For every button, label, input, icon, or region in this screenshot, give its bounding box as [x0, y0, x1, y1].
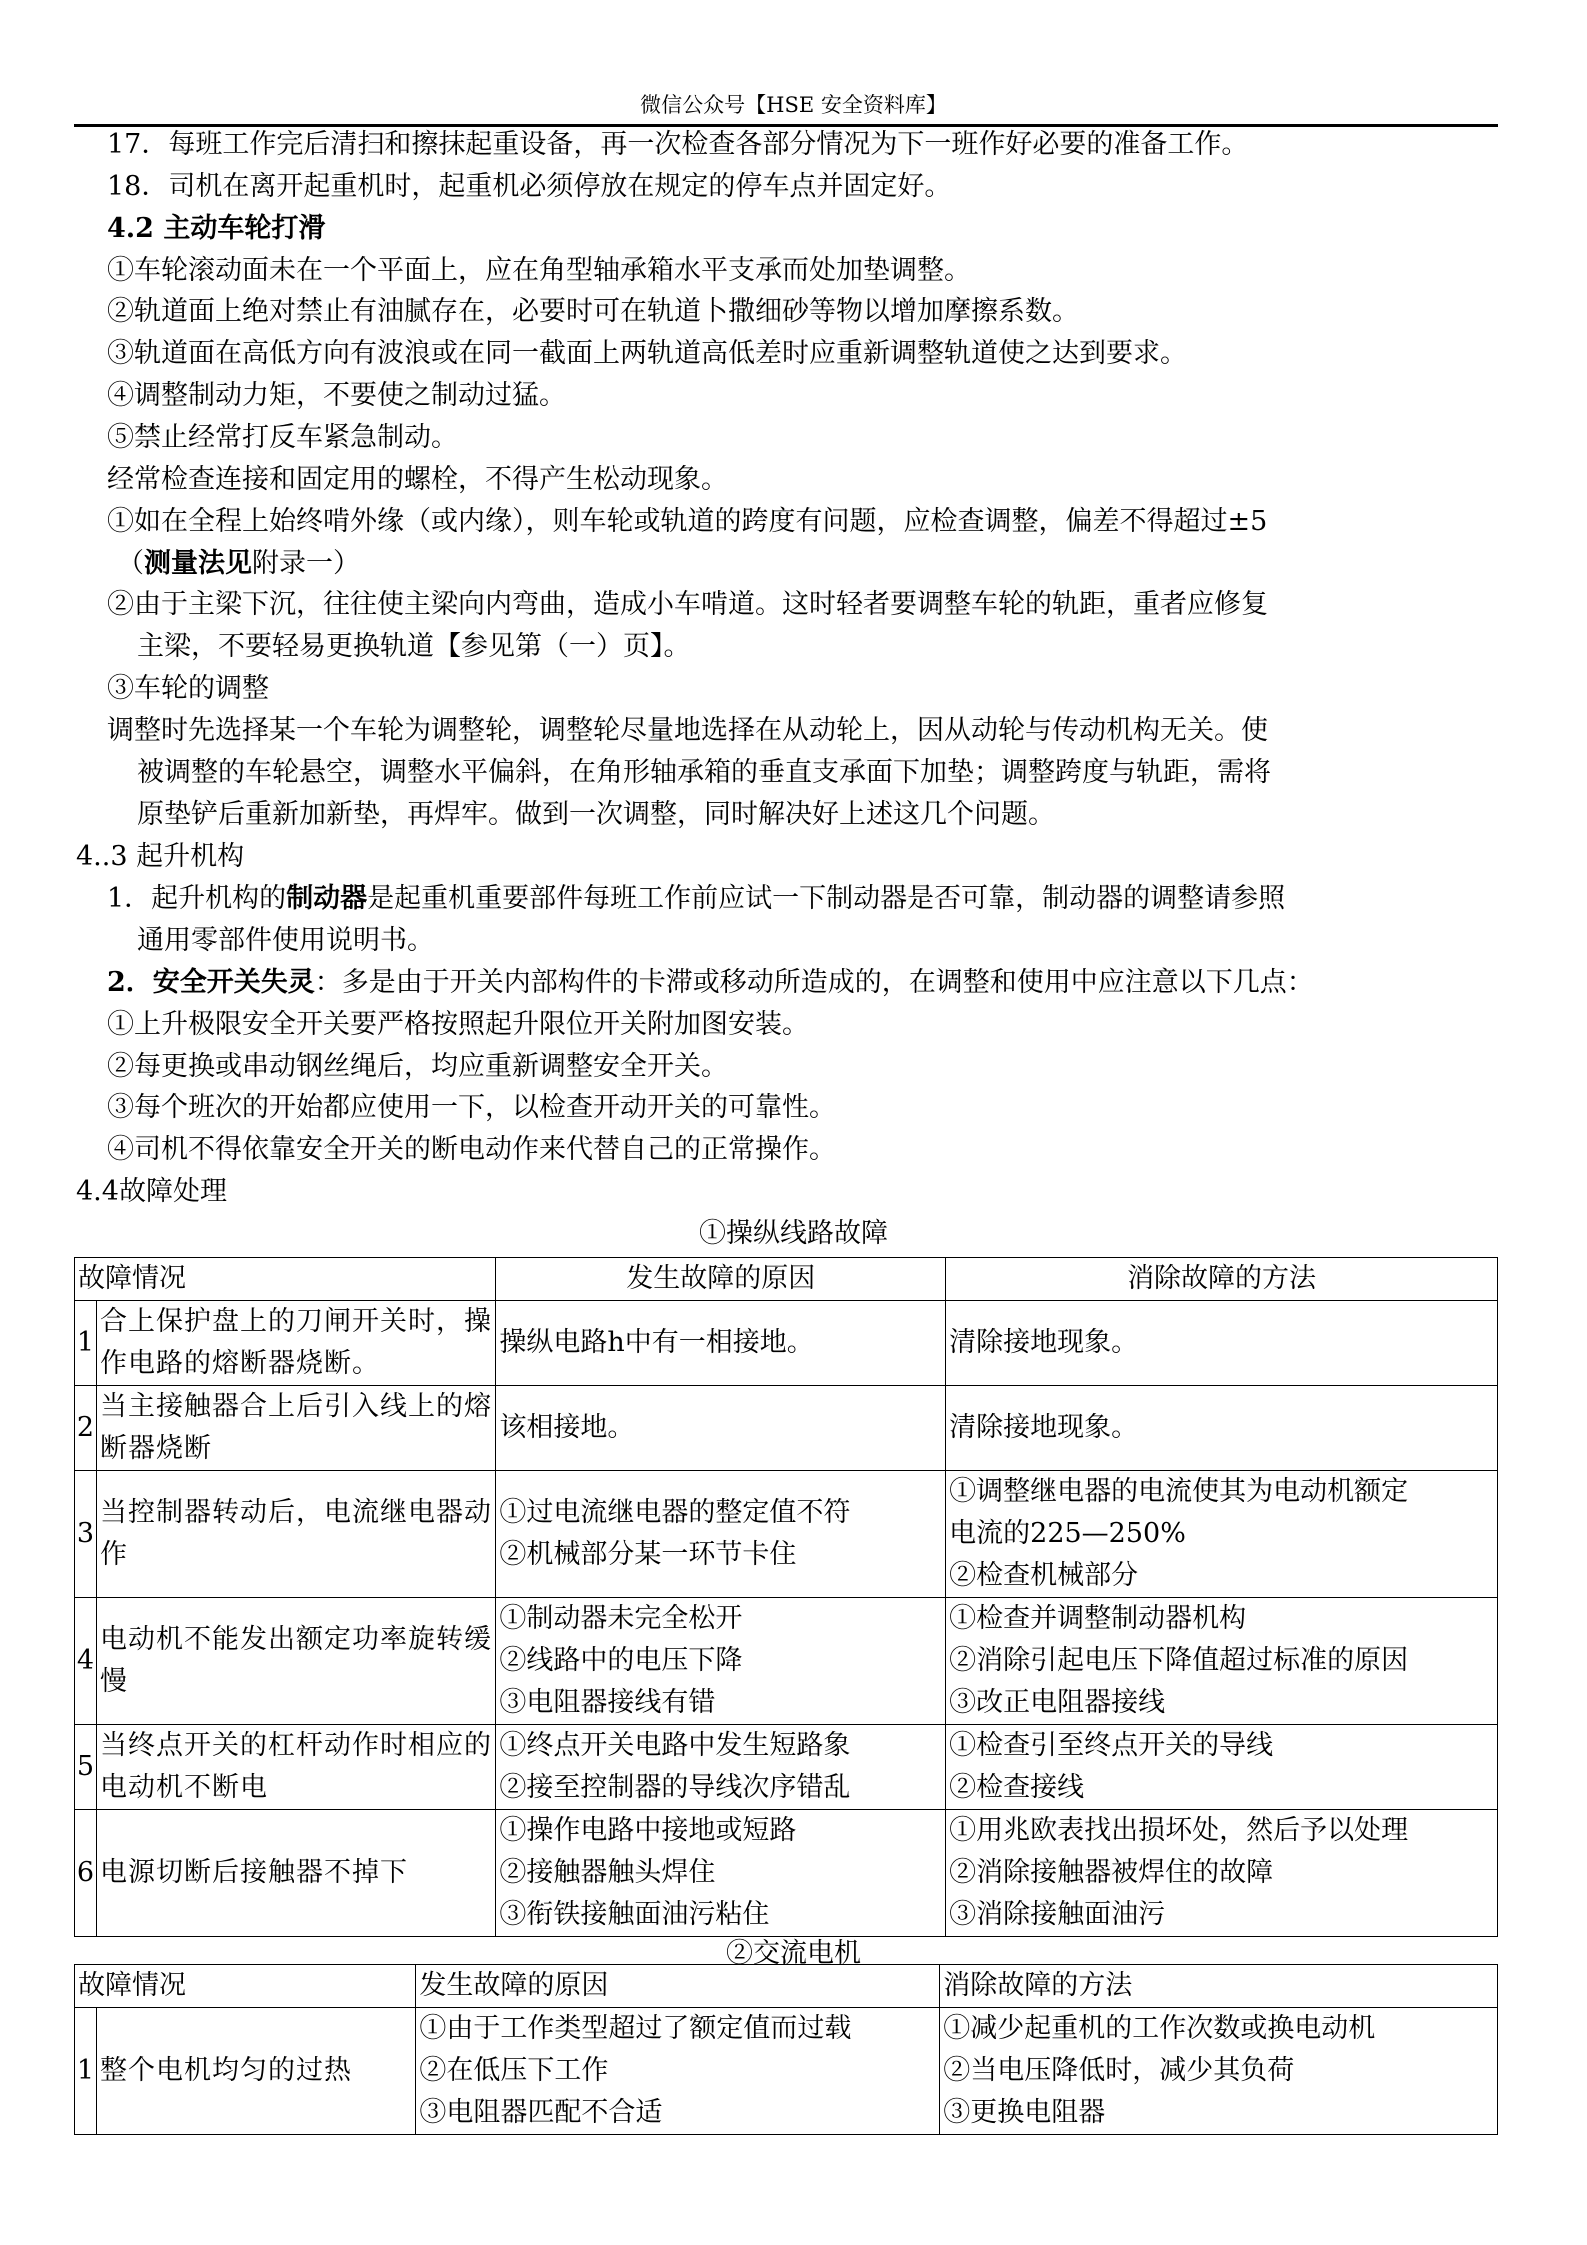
- bold-measure-method: 测量法见: [144, 548, 252, 579]
- fault-cause: ①操作电路中接地或短路 ②接触器触头焊住 ③衔铁接触面油污粘住: [496, 1810, 946, 1937]
- fault-situation: 电源切断后接触器不掉下: [96, 1810, 495, 1937]
- table-row: 4 电动机不能发出额定功率旋转缓慢 ①制动器未完全松开 ②线路中的电压下降 ③电…: [75, 1598, 1498, 1725]
- hoist-point-3: ③每个班次的开始都应使用一下，以检查开动开关的可靠性。: [107, 1091, 836, 1125]
- wheel-adjust-line-3: 原垫铲后重新加新垫，再焊牢。做到一次调整，同时解决好上述这几个问题。: [137, 798, 1055, 832]
- fault-method: ①检查引至终点开关的导线 ②检查接线: [946, 1725, 1498, 1810]
- hoist-item-1-line-2: 通用零部件使用说明书。: [137, 924, 434, 958]
- table-header-row: 故障情况 发生故障的原因 消除故障的方法: [75, 1965, 1498, 2008]
- header-cause: 发生故障的原因: [416, 1965, 940, 2008]
- gnaw-point-2-line-1: ②由于主梁下沉，往往使主梁向内弯曲，造成小车啃道。这时轻者要调整车轮的轨距，重者…: [107, 588, 1268, 622]
- wheel-adjust-line-2: 被调整的车轮悬空，调整水平偏斜，在角形轴承箱的垂直支承面下加垫；调整跨度与轨距，…: [137, 756, 1271, 790]
- fault-cause: ①由于工作类型超过了额定值而过载 ②在低压下工作 ③电阻器匹配不合适: [416, 2008, 940, 2135]
- table-row: 5 当终点开关的杠杆动作时相应的电动机不断电 ①终点开关电路中发生短路象 ②接至…: [75, 1725, 1498, 1810]
- item-17: 17．每班工作完后清扫和擦抹起重设备，再一次检查各部分情况为下一班作好必要的准备…: [107, 128, 1248, 162]
- gnaw-point-2-line-2: 主梁，不要轻易更换轨道【参见第（一）页】。: [137, 630, 691, 664]
- header-situation: 故障情况: [75, 1258, 496, 1301]
- point-4-2-5: ⑤禁止经常打反车紧急制动。: [107, 421, 458, 455]
- table-row: 1 合上保护盘上的刀闸开关时，操作电路的熔断器烧断。 操纵电路h中有一相接地。 …: [75, 1301, 1498, 1386]
- fault-situation: 合上保护盘上的刀闸开关时，操作电路的熔断器烧断。: [96, 1301, 495, 1386]
- fault-cause: ①终点开关电路中发生短路象 ②接至控制器的导线次序错乱: [496, 1725, 946, 1810]
- fault-method: 清除接地现象。: [946, 1301, 1498, 1386]
- fault-cause: ①制动器未完全松开 ②线路中的电压下降 ③电阻器接线有错: [496, 1598, 946, 1725]
- header-situation: 故障情况: [75, 1965, 416, 2008]
- header-cause: 发生故障的原因: [496, 1258, 946, 1301]
- point-4-2-1: ①车轮滚动面未在一个平面上，应在角型轴承箱水平支承而处加垫调整。: [107, 254, 971, 288]
- fault-method: ①调整继电器的电流使其为电动机额定 电流的225—250% ②检查机械部分: [946, 1471, 1498, 1598]
- table-ac-motor-faults: 故障情况 发生故障的原因 消除故障的方法 1 整个电机均匀的过热 ①由于工作类型…: [74, 1964, 1498, 2135]
- fault-cause: 操纵电路h中有一相接地。: [496, 1301, 946, 1386]
- gnaw-point-1-line-2: （测量法见附录一）: [117, 547, 360, 581]
- fault-situation: 当控制器转动后，电流继电器动作: [96, 1471, 495, 1598]
- fault-method: ①减少起重机的工作次数或换电动机 ②当电压降低时，减少其负荷 ③更换电阻器: [940, 2008, 1498, 2135]
- header-method: 消除故障的方法: [940, 1965, 1498, 2008]
- row-number: 5: [75, 1725, 97, 1810]
- hoist-point-1: ①上升极限安全开关要严格按照起升限位开关附加图安装。: [107, 1008, 809, 1042]
- section-heading-4-2: 4.2 主动车轮打滑: [107, 212, 325, 246]
- fault-situation: 当主接触器合上后引入线上的熔断器烧断: [96, 1386, 495, 1471]
- section-heading-4-4: 4.4故障处理: [76, 1175, 227, 1209]
- row-number: 1: [75, 2008, 97, 2135]
- point-4-2-2: ②轨道面上绝对禁止有油腻存在，必要时可在轨道卜撒细砂等物以增加摩擦系数。: [107, 295, 1079, 329]
- table-row: 1 整个电机均匀的过热 ①由于工作类型超过了额定值而过载 ②在低压下工作 ③电阻…: [75, 2008, 1498, 2135]
- fault-method: ①用兆欧表找出损坏处，然后予以处理 ②消除接触器被焊住的故障 ③消除接触面油污: [946, 1810, 1498, 1937]
- fault-situation: 当终点开关的杠杆动作时相应的电动机不断电: [96, 1725, 495, 1810]
- hoist-item-1-line-1: 1．起升机构的制动器是起重机重要部件每班工作前应试一下制动器是否可靠，制动器的调…: [107, 882, 1285, 916]
- row-number: 3: [75, 1471, 97, 1598]
- section-heading-4-3: 4..3 起升机构: [76, 840, 244, 874]
- wheel-adjust-line-1: 调整时先选择某一个车轮为调整轮，调整轮尽量地选择在从动轮上，因从动轮与传动机构无…: [107, 714, 1268, 748]
- bold-safety-switch: 2．安全开关失灵: [107, 967, 315, 998]
- fault-cause: 该相接地。: [496, 1386, 946, 1471]
- page-header: 微信公众号【HSE 安全资料库】: [0, 92, 1587, 118]
- table-header-row: 故障情况 发生故障的原因 消除故障的方法: [75, 1258, 1498, 1301]
- fault-method: ①检查并调整制动器机构 ②消除引起电压下降值超过标准的原因 ③改正电阻器接线: [946, 1598, 1498, 1725]
- table-control-circuit-faults: 故障情况 发生故障的原因 消除故障的方法 1 合上保护盘上的刀闸开关时，操作电路…: [74, 1257, 1498, 1937]
- fault-situation: 整个电机均匀的过热: [96, 2008, 415, 2135]
- row-number: 2: [75, 1386, 97, 1471]
- gnaw-point-1-line-1: ①如在全程上始终啃外缘（或内缘），则车轮或轨道的跨度有问题，应检查调整，偏差不得…: [107, 505, 1267, 539]
- row-number: 1: [75, 1301, 97, 1386]
- fault-situation: 电动机不能发出额定功率旋转缓慢: [96, 1598, 495, 1725]
- hoist-item-2: 2．安全开关失灵：多是由于开关内部构件的卡滞或移动所造成的，在调整和使用中应注意…: [107, 966, 1314, 1000]
- table-1-caption: ①操纵线路故障: [0, 1217, 1587, 1251]
- hoist-point-2: ②每更换或串动钢丝绳后，均应重新调整安全开关。: [107, 1050, 728, 1084]
- row-number: 4: [75, 1598, 97, 1725]
- table-row: 3 当控制器转动后，电流继电器动作 ①过电流继电器的整定值不符 ②机械部分某一环…: [75, 1471, 1498, 1598]
- header-divider: [74, 124, 1498, 127]
- fault-cause: ①过电流继电器的整定值不符 ②机械部分某一环节卡住: [496, 1471, 946, 1598]
- bold-brake: 制动器: [286, 883, 367, 914]
- table-row: 6 电源切断后接触器不掉下 ①操作电路中接地或短路 ②接触器触头焊住 ③衔铁接触…: [75, 1810, 1498, 1937]
- hoist-point-4: ④司机不得依靠安全开关的断电动作来代替自己的正常操作。: [107, 1133, 836, 1167]
- point-4-2-4: ④调整制动力矩，不要使之制动过猛。: [107, 379, 566, 413]
- table-row: 2 当主接触器合上后引入线上的熔断器烧断 该相接地。 清除接地现象。: [75, 1386, 1498, 1471]
- item-18: 18．司机在离开起重机时，起重机必须停放在规定的停车点并固定好。: [107, 170, 951, 204]
- bolt-note: 经常检查连接和固定用的螺栓，不得产生松动现象。: [107, 463, 728, 497]
- header-method: 消除故障的方法: [946, 1258, 1498, 1301]
- point-4-2-3: ③轨道面在高低方向有波浪或在同一截面上两轨道高低差时应重新调整轨道使之达到要求。: [107, 337, 1187, 371]
- wheel-adjust-title: ③车轮的调整: [107, 672, 269, 706]
- fault-method: 清除接地现象。: [946, 1386, 1498, 1471]
- row-number: 6: [75, 1810, 97, 1937]
